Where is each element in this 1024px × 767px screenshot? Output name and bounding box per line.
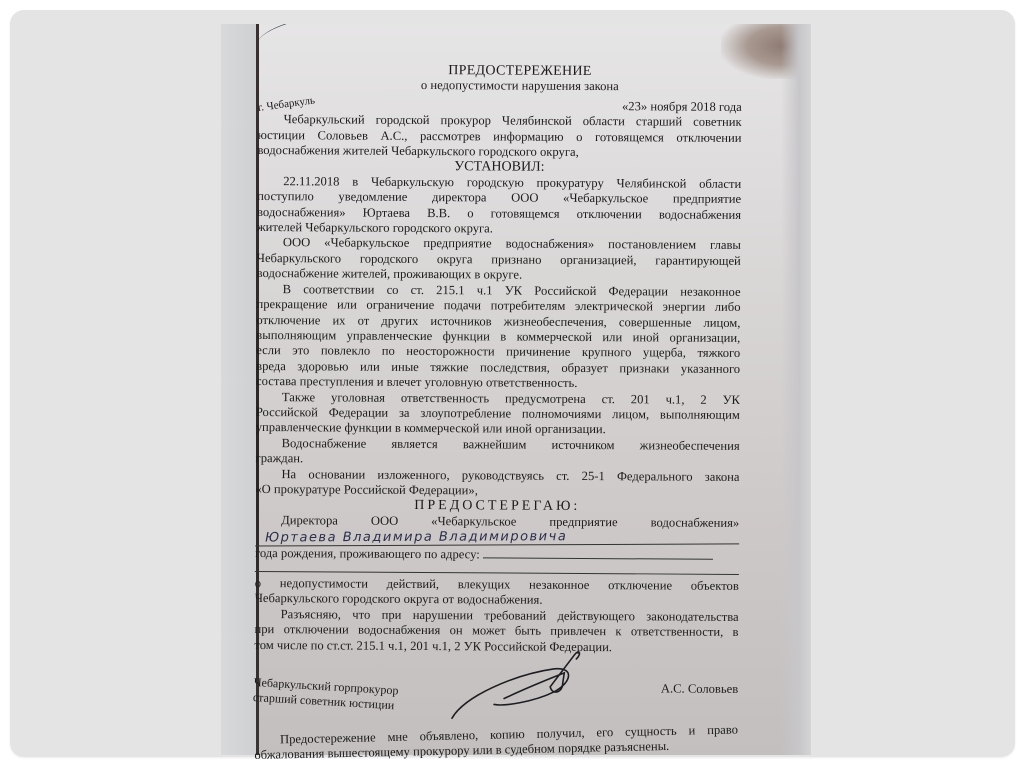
- paragraph-3: В соответствии со ст. 215.1 ч.1 УК Росси…: [256, 282, 741, 393]
- intro-paragraph: Чебаркульский городской прокурор Челябин…: [257, 112, 741, 161]
- signature-icon: [444, 646, 594, 727]
- page-binding-strip: [221, 24, 257, 755]
- page-shadow: [781, 24, 811, 755]
- signatory-name: А.С. Соловьев: [661, 682, 738, 698]
- acknowledgement-paragraph: Предостережение мне объявлено, копию пол…: [254, 722, 739, 763]
- signature-block: Чебаркульский горпрокурор старший советн…: [254, 675, 738, 728]
- warning-document: ПРЕДОСТЕРЕЖЕНИЕ о недопустимости нарушен…: [254, 62, 742, 767]
- signatory-position: Чебаркульский горпрокурор старший советн…: [253, 675, 399, 713]
- paragraph-1: 22.11.2018 в Чебаркульскую городскую про…: [257, 174, 741, 239]
- paragraph-5: Водоснабжение является важнейшим источни…: [256, 436, 740, 470]
- document-subtitle: о недопустимости нарушения закона: [298, 78, 742, 96]
- warning-paragraph: о недопустимости действий, влекущих неза…: [255, 576, 739, 610]
- birth-address-label: года рождения, проживающего по адресу:: [255, 546, 480, 561]
- date: «23» ноября 2018 года: [622, 99, 742, 115]
- paragraph-6: На основании изложенного, руководствуясь…: [255, 467, 739, 501]
- addressee-handwritten: Юртаева Владимира Владимировича: [255, 529, 739, 548]
- paragraph-4: Также уголовная ответственность предусмо…: [256, 390, 740, 439]
- paragraph-2: ООО «Чебаркульское предприятие водоснабж…: [257, 235, 741, 284]
- birth-address-row: года рождения, проживающего по адресу:: [255, 545, 739, 564]
- text-line: Водоснабжение является важнейшим источни…: [256, 436, 740, 454]
- address-fill-line: [483, 546, 713, 559]
